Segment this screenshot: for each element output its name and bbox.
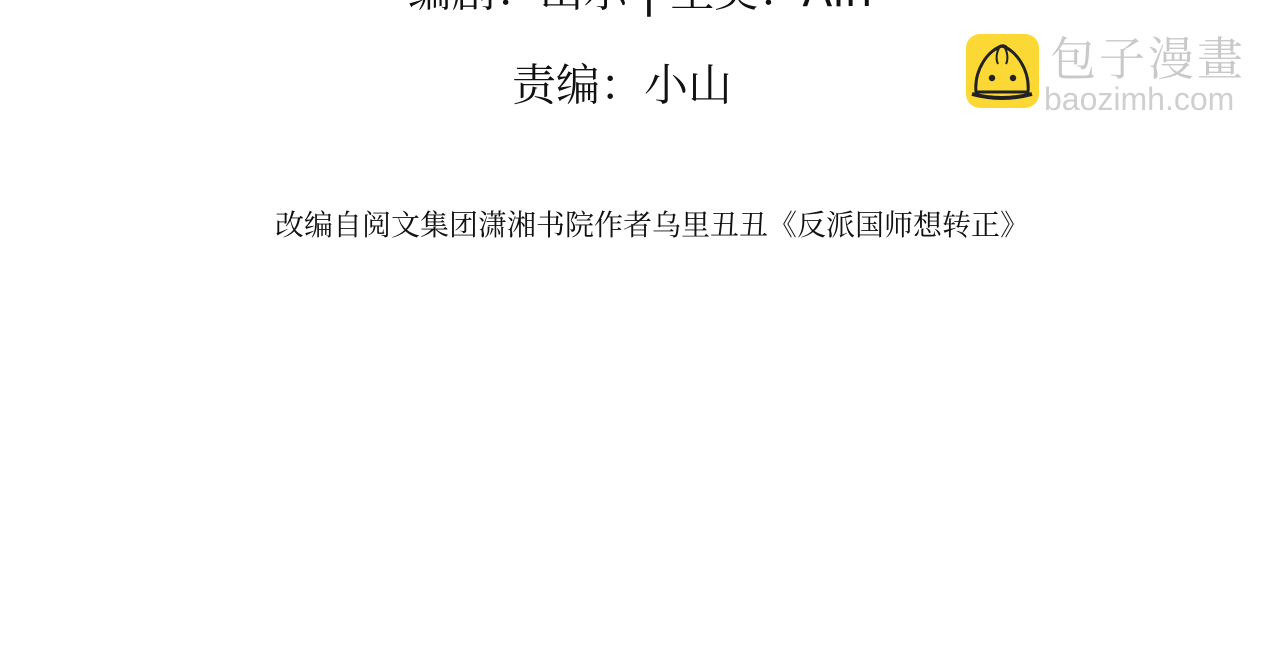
site-watermark: 包子漫畫 baozimh.com bbox=[966, 34, 1266, 118]
credit-writer-artist: 编剧：山示 | 主美：Ain bbox=[0, 0, 1280, 16]
baozi-bun-icon bbox=[966, 34, 1039, 108]
watermark-title: 包子漫畫 bbox=[1050, 32, 1246, 86]
watermark-url: baozimh.com bbox=[1044, 80, 1234, 118]
adaptation-note: 改编自阅文集团潇湘书院作者乌里丑丑《反派国师想转正》 bbox=[0, 205, 1280, 245]
